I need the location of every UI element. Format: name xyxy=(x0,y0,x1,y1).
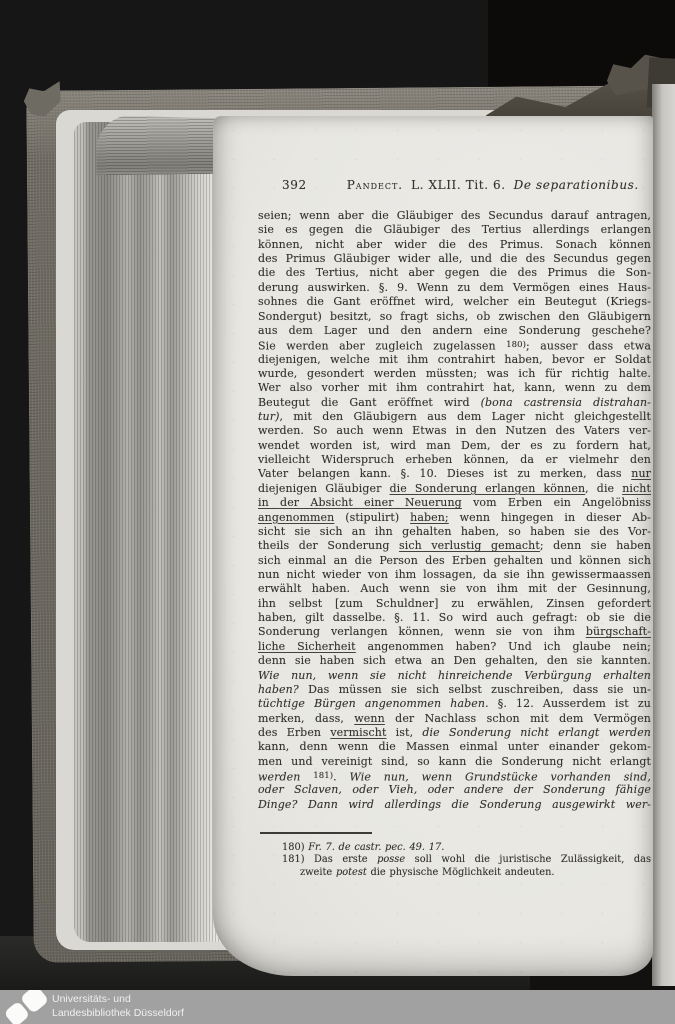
text-segment: nun nicht wieder von ihm lossagen, da si… xyxy=(258,568,651,581)
text-segment: bürgschaft- xyxy=(586,625,651,638)
text-segment: potest xyxy=(336,867,367,878)
text-segment: liche Sicherheit xyxy=(258,640,356,653)
text-segment: . xyxy=(333,771,349,784)
text-segment: vielleicht Widerspruch erheben können, d… xyxy=(258,453,651,466)
text-segment: denn sie haben sich etwa an Den gehalten… xyxy=(258,654,651,667)
footnote-ref: 180) xyxy=(506,340,526,350)
text-segment: , die xyxy=(585,482,622,495)
text-line: merken, dass, wenn der Nachlass schon mi… xyxy=(258,712,651,726)
text-segment: erwählt haben. Auch wenn sie von ihm mit… xyxy=(258,582,651,595)
text-line: Wer also vorher mit ihm contrahirt hat, … xyxy=(258,381,651,395)
text-segment: kann, denn wenn die Massen einmal unter … xyxy=(258,740,651,753)
text-segment: wendet worden ist, wird man Dem, der es … xyxy=(258,439,651,452)
text-segment: die Sonderung nicht erlangt werden xyxy=(422,726,651,739)
text-segment: §. 12. Ausserdem ist zu xyxy=(489,697,651,710)
text-segment: derung auswirken. §. 9. Wenn zu dem Verm… xyxy=(258,281,651,294)
text-line: diejenigen, welche mit ihm contrahirt ha… xyxy=(258,353,651,367)
text-line: wendet worden ist, wird man Dem, der es … xyxy=(258,439,651,453)
text-segment: werden xyxy=(258,771,313,784)
text-segment: in der Absicht einer Neuerung xyxy=(258,496,462,509)
text-line: vielleicht Widerspruch erheben können, d… xyxy=(258,453,651,467)
library-watermark-bar: Universitäts- und Landesbibliothek Düsse… xyxy=(0,990,675,1024)
text-segment: werden. So auch wenn Etwas in den Nutzen… xyxy=(258,424,651,437)
text-segment: angenommen haben? Und ich glaube nein; xyxy=(356,640,651,653)
text-segment: Fr. 7. de castr. pec. 49. 17. xyxy=(308,842,444,853)
text-segment: können, nicht aber wider die des Primus.… xyxy=(258,238,651,251)
text-line: werden. So auch wenn Etwas in den Nutzen… xyxy=(258,424,651,438)
text-segment: haben; xyxy=(410,511,449,524)
text-line: sohnes die Gant eröffnet wird, welcher e… xyxy=(258,295,651,309)
text-line: Dinge? Dann wird allerdings die Sonderun… xyxy=(258,798,651,812)
text-segment: tüchtige Bürgen angenommen haben. xyxy=(258,697,489,710)
text-line: Sonderung verlangen können, wenn sie von… xyxy=(258,625,651,639)
text-segment: theils der Sonderung xyxy=(258,539,399,552)
text-segment: ; denn sie haben xyxy=(540,539,651,552)
text-segment: wenn hingegen in dieser Ab- xyxy=(449,511,651,524)
text-segment: angenommen xyxy=(258,511,334,524)
book-scan-photo: 392 Pandect.L. XLII. Tit. 6.De separatio… xyxy=(0,0,675,1024)
text-line: sicht sie sich an ihn gehalten haben, so… xyxy=(258,525,651,539)
facing-page-sliver xyxy=(652,84,675,986)
text-segment: haben, gilt dasselbe. §. 11. So wird auc… xyxy=(258,611,651,624)
text-segment: Dinge? Dann wird allerdings die Sonderun… xyxy=(258,798,651,811)
text-line: tur), mit den Gläubigern aus dem Lager n… xyxy=(258,410,651,424)
text-segment: Wie nun, wenn sie nicht hinreichende Ver… xyxy=(258,669,651,682)
text-segment: aus dem Lager und den andern eine Sonder… xyxy=(258,324,651,337)
text-segment: Sonderung verlangen können, wenn sie von… xyxy=(258,625,586,638)
text-segment: ist, xyxy=(386,726,422,739)
text-segment: wenn xyxy=(354,712,385,725)
text-line: Vater belangen kann. §. 10. Dieses ist z… xyxy=(258,467,651,481)
text-line: men und vereinigt sind, so kann die Sond… xyxy=(258,755,651,769)
text-segment: soll wohl die juristische Zulässigkeit, … xyxy=(405,854,651,865)
text-line: zweite potest die physische Möglichkeit … xyxy=(258,867,651,879)
page-content: 392 Pandect.L. XLII. Tit. 6.De separatio… xyxy=(258,178,651,879)
text-segment: nur xyxy=(631,467,651,480)
library-name-line2: Landesbibliothek Düsseldorf xyxy=(52,1007,184,1021)
text-segment: der Nachlass schon mit dem Vermögen xyxy=(385,712,651,725)
page-number: 392 xyxy=(282,178,307,192)
text-line: in der Absicht einer Neuerung vom Erben … xyxy=(258,496,651,510)
running-title-latin: De separationibus. xyxy=(514,178,639,192)
text-segment: posse xyxy=(377,854,405,865)
text-segment: men und vereinigt sind, so kann die Sond… xyxy=(258,755,651,768)
text-line: ihn selbst [zum Schuldner] zu erwählen, … xyxy=(258,597,651,611)
text-line: haben, gilt dasselbe. §. 11. So wird auc… xyxy=(258,611,651,625)
running-title-work: Pandect. xyxy=(347,178,403,192)
text-segment: seien; wenn aber die Gläubiger des Secun… xyxy=(258,209,651,222)
text-line: sie es gegen die Gläubiger des Tertius a… xyxy=(258,223,651,237)
text-line: oder Sclaven, oder Vieh, oder andere der… xyxy=(258,783,651,797)
text-line: 180) Fr. 7. de castr. pec. 49. 17. xyxy=(258,842,651,854)
text-line: seien; wenn aber die Gläubiger des Secun… xyxy=(258,209,651,223)
text-line: können, nicht aber wider die des Primus.… xyxy=(258,238,651,252)
text-line: werden 181). Wie nun, wenn Grundstücke v… xyxy=(258,769,651,783)
text-segment: Das müssen sie sich selbst zuschreiben, … xyxy=(299,683,651,696)
text-segment: ihn selbst [zum Schuldner] zu erwählen, … xyxy=(258,597,651,610)
text-segment: Wie nun, wenn Grundstücke vorhanden sind… xyxy=(350,771,651,784)
footnote-ref: 181) xyxy=(313,771,333,781)
text-segment: tur) xyxy=(258,410,279,423)
text-line: sich einmal an die Person des Erben geha… xyxy=(258,554,651,568)
text-line: die des Tertius, nicht aber gegen die de… xyxy=(258,266,651,280)
text-line: denn sie haben sich etwa an Den gehalten… xyxy=(258,654,651,668)
text-line: nun nicht wieder von ihm lossagen, da si… xyxy=(258,568,651,582)
text-segment: ; ausser dass etwa xyxy=(526,340,651,353)
text-segment: , mit den Gläubigern aus dem Lager nicht… xyxy=(279,410,651,423)
text-line: Sondergut) besitzt, so fragt sichs, ob z… xyxy=(258,310,651,324)
text-segment: sich einmal an die Person des Erben geha… xyxy=(258,554,651,567)
text-segment: (stipulirt) xyxy=(334,511,410,524)
text-segment: sie es gegen die Gläubiger des Tertius a… xyxy=(258,223,651,236)
text-line: diejenigen Gläubiger die Sonderung erlan… xyxy=(258,482,651,496)
text-line: tüchtige Bürgen angenommen haben. §. 12.… xyxy=(258,697,651,711)
library-name: Universitäts- und Landesbibliothek Düsse… xyxy=(52,993,184,1020)
text-line: angenommen (stipulirt) haben; wenn hinge… xyxy=(258,511,651,525)
text-segment: die Sonderung erlangen können xyxy=(390,482,586,495)
text-segment: haben? xyxy=(258,683,299,696)
footnotes: 180) Fr. 7. de castr. pec. 49. 17.181) D… xyxy=(258,842,651,879)
text-line: aus dem Lager und den andern eine Sonder… xyxy=(258,324,651,338)
text-line: 181) Das erste posse soll wohl die juris… xyxy=(258,854,651,866)
text-line: wurde, gesondert werden müssten; was ich… xyxy=(258,367,651,381)
text-segment: des Primus Gläubiger wider alle, und die… xyxy=(258,252,651,265)
text-segment: 180) xyxy=(282,842,308,853)
text-segment: sich verlustig gemacht xyxy=(399,539,540,552)
text-segment: vom Erben ein Angelöbniss xyxy=(462,496,651,509)
footnote-divider xyxy=(260,832,372,834)
text-segment: vermischt xyxy=(330,726,386,739)
text-line: des Primus Gläubiger wider alle, und die… xyxy=(258,252,651,266)
text-segment: (bona castrensia distrahan- xyxy=(481,396,651,409)
text-line: theils der Sonderung sich verlustig gema… xyxy=(258,539,651,553)
text-segment: diejenigen Gläubiger xyxy=(258,482,390,495)
text-line: Beutegut die Gant eröffnet wird (bona ca… xyxy=(258,396,651,410)
text-segment: diejenigen, welche mit ihm contrahirt ha… xyxy=(258,353,651,366)
text-segment: Wer also vorher mit ihm contrahirt hat, … xyxy=(258,381,651,394)
open-book-logo-icon xyxy=(3,990,51,1024)
text-segment: Vater belangen kann. §. 10. Dieses ist z… xyxy=(258,467,631,480)
text-segment: sicht sie sich an ihn gehalten haben, so… xyxy=(258,525,651,538)
text-line: haben? Das müssen sie sich selbst zuschr… xyxy=(258,683,651,697)
text-line: des Erben vermischt ist, die Sonderung n… xyxy=(258,726,651,740)
text-segment: zweite xyxy=(300,867,336,878)
text-segment: die physische Möglichkeit andeuten. xyxy=(367,867,555,878)
text-line: erwählt haben. Auch wenn sie von ihm mit… xyxy=(258,582,651,596)
text-segment: Sondergut) besitzt, so fragt sichs, ob z… xyxy=(258,310,651,323)
text-segment: Sie werden aber zugleich zugelassen xyxy=(258,340,506,353)
page-header: 392 Pandect.L. XLII. Tit. 6.De separatio… xyxy=(258,178,651,194)
running-title-cite: L. XLII. Tit. 6. xyxy=(411,178,506,192)
text-segment: die des Tertius, nicht aber gegen die de… xyxy=(258,266,651,279)
text-segment: Beutegut die Gant eröffnet wird xyxy=(258,396,481,409)
text-segment: merken, dass, xyxy=(258,712,354,725)
text-line: liche Sicherheit angenommen haben? Und i… xyxy=(258,640,651,654)
body-text: seien; wenn aber die Gläubiger des Secun… xyxy=(258,209,651,812)
text-segment: des Erben xyxy=(258,726,330,739)
text-segment: 181) Das erste xyxy=(282,854,377,865)
text-segment: oder Sclaven, oder Vieh, oder andere der… xyxy=(258,783,651,796)
library-name-line1: Universitäts- und xyxy=(52,993,184,1007)
text-segment: nicht xyxy=(622,482,651,495)
text-line: Wie nun, wenn sie nicht hinreichende Ver… xyxy=(258,669,651,683)
text-line: kann, denn wenn die Massen einmal unter … xyxy=(258,740,651,754)
text-segment: wurde, gesondert werden müssten; was ich… xyxy=(258,367,651,380)
text-line: derung auswirken. §. 9. Wenn zu dem Verm… xyxy=(258,281,651,295)
text-segment: sohnes die Gant eröffnet wird, welcher e… xyxy=(258,295,651,308)
text-line: Sie werden aber zugleich zugelassen 180)… xyxy=(258,338,651,352)
page-edge-stack-left xyxy=(74,122,222,942)
running-title: Pandect.L. XLII. Tit. 6.De separationibu… xyxy=(347,178,647,192)
